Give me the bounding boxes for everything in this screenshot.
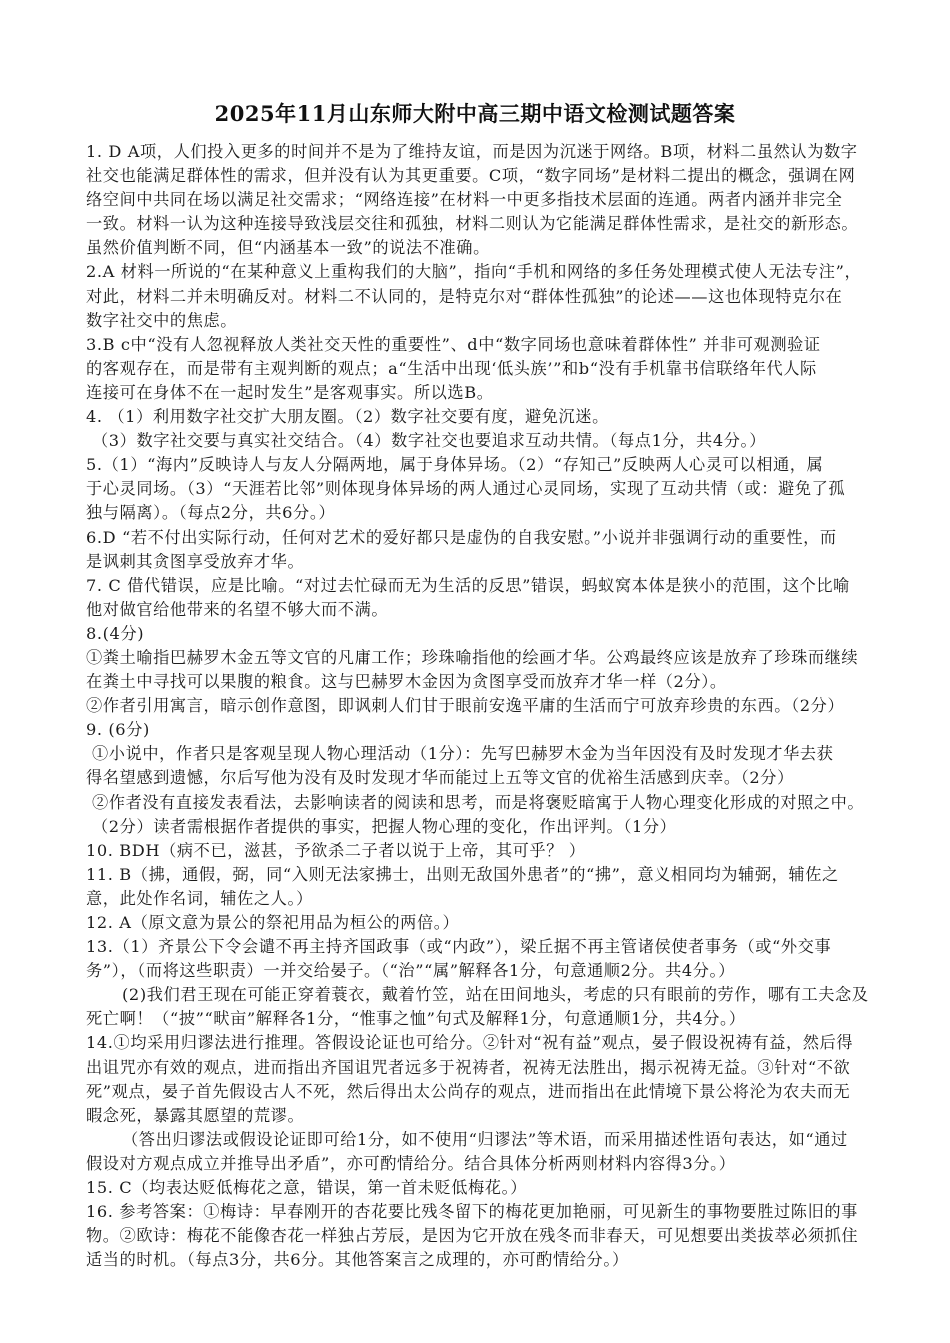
text-line: （3）数字社交要与真实社交结合。（4）数字社交也要追求互动共情。（每点1分，共4…: [86, 429, 876, 453]
text-line: 15. C（均表达贬低梅花之意，错误，第一首未贬低梅花。）: [86, 1176, 876, 1200]
text-line: 11. B（拂，通假，弼，同“入则无法家拂士，出则无敌国外患者”的“拂”，意义相…: [86, 863, 876, 887]
text-line: 暇念死，暴露其愿望的荒谬。: [86, 1104, 876, 1128]
text-line: 9. (6分): [86, 718, 876, 742]
text-line: ②作者引用寓言，暗示创作意图，即讽刺人们甘于眼前安逸平庸的生活而宁可放弃珍贵的东…: [86, 694, 876, 718]
text-line: 的客观存在，而是带有主观判断的观点；a“生活中出现‘低头族’”和b“没有手机靠书…: [86, 357, 876, 381]
text-line: 虽然价值判断不同，但“内涵基本一致”的说法不准确。: [86, 236, 876, 260]
text-line: 独与隔离）。（每点2分，共6分。）: [86, 501, 876, 525]
text-line: 得名望感到遗憾，尔后写他为没有及时发现才华而能过上五等文官的优裕生活感到庆幸。（…: [86, 766, 876, 790]
text-line: 4. （1）利用数字社交扩大朋友圈。（2）数字社交要有度，避免沉迷。: [86, 405, 876, 429]
text-line: 一致。材料一认为这种连接导致浅层交往和孤独，材料二则认为它能满足群体性需求，是社…: [86, 212, 876, 236]
text-line: 对此，材料二并未明确反对。材料二不认同的，是特克尔对“群体性孤独”的论述——这也…: [86, 285, 876, 309]
answer-body: 1. D A项，人们投入更多的时间并不是为了维持友谊，而是因为沉迷于网络。B项，…: [86, 140, 876, 1272]
text-line: 连接可在身体不在一起时发生”是客观事实。所以选B。: [86, 381, 876, 405]
text-line: 务”），（而将这些职责）一并交给晏子。（“治”“属”解释各1分，句意通顺2分。共…: [86, 959, 876, 983]
text-line: 物。②欧诗：梅花不能像杏花一样独占芳辰，是因为它开放在残冬而非春天，可见想要出类…: [86, 1224, 876, 1248]
text-line: 1. D A项，人们投入更多的时间并不是为了维持友谊，而是因为沉迷于网络。B项，…: [86, 140, 876, 164]
text-line: 适当的时机。（每点3分，共6分。其他答案言之成理的，亦可酌情给分。）: [86, 1248, 876, 1272]
text-line: (2)我们君王现在可能正穿着蓑衣，戴着竹笠，站在田间地头，考虑的只有眼前的劳作，…: [86, 983, 876, 1007]
text-line: 2.A 材料一所说的“在某种意义上重构我们的大脑”，指向“手机和网络的多任务处理…: [86, 260, 876, 284]
text-line: ①小说中，作者只是客观呈现人物心理活动（1分）：先写巴赫罗木金为当年因没有及时发…: [86, 742, 876, 766]
text-line: 数字社交中的焦虑。: [86, 309, 876, 333]
text-line: 13.（1）齐景公下令会谴不再主持齐国政事（或“内政”），梁丘据不再主管诸侯使者…: [86, 935, 876, 959]
text-line: 3.B c中“没有人忽视释放人类社交天性的重要性”、d中“数字同场也意味着群体性…: [86, 333, 876, 357]
text-line: 出诅咒亦有效的观点，进而指出齐国诅咒者远多于祝祷者，祝祷无法胜出，揭示祝祷无益。…: [86, 1056, 876, 1080]
text-line: 于心灵同场。（3）“天涯若比邻”则体现身体异场的两人通过心灵同场，实现了互动共情…: [86, 477, 876, 501]
text-line: （答出归谬法或假设论证即可给1分，如不使用“归谬法”等术语，而采用描述性语句表达…: [86, 1128, 876, 1152]
text-line: 16. 参考答案：①梅诗：早春刚开的杏花要比残冬留下的梅花更加艳丽，可见新生的事…: [86, 1200, 876, 1224]
document-page: 2025年11月山东师大附中高三期中语文检测试题答案 1. D A项，人们投入更…: [0, 0, 950, 1343]
text-line: 8.(4分): [86, 622, 876, 646]
text-line: 他对做官给他带来的名望不够大而不满。: [86, 598, 876, 622]
text-line: 7. C 借代错误，应是比喻。“对过去忙碌而无为生活的反思”错误，蚂蚁窝本体是狭…: [86, 574, 876, 598]
page-title: 2025年11月山东师大附中高三期中语文检测试题答案: [0, 98, 950, 128]
text-line: 14.①均采用归谬法进行推理。答假设论证也可给分。②针对“祝有益”观点，晏子假设…: [86, 1031, 876, 1055]
text-line: 死”观点，晏子首先假设古人不死，然后得出太公尚存的观点，进而指出在此情境下景公将…: [86, 1080, 876, 1104]
text-line: （2分）读者需根据作者提供的事实，把握人物心理的变化，作出评判。（1分）: [86, 815, 876, 839]
text-line: 社交也能满足群体性的需求，但并没有认为其更重要。C项，“数字同场”是材料二提出的…: [86, 164, 876, 188]
text-line: ①粪土喻指巴赫罗木金五等文官的凡庸工作；珍珠喻指他的绘画才华。公鸡最终应该是放弃…: [86, 646, 876, 670]
text-line: 5.（1）“海内”反映诗人与友人分隔两地，属于身体异场。（2）“存知己”反映两人…: [86, 453, 876, 477]
text-line: 假设对方观点成立并推导出矛盾”，亦可酌情给分。结合具体分析两则材料内容得3分。）: [86, 1152, 876, 1176]
text-line: 是讽刺其贪图享受放弃才华。: [86, 550, 876, 574]
text-line: 意，此处作名词，辅佐之人。）: [86, 887, 876, 911]
text-line: ②作者没有直接发表看法，去影响读者的阅读和思考，而是将褒贬暗寓于人物心理变化形成…: [86, 791, 876, 815]
text-line: 络空间中共同在场以满足社交需求；“网络连接”在材料一中更多指技术层面的连通。两者…: [86, 188, 876, 212]
text-line: 6.D “若不付出实际行动，任何对艺术的爱好都只是虚伪的自我安慰。”小说并非强调…: [86, 526, 876, 550]
text-line: 12. A（原文意为景公的祭祀用品为桓公的两倍。）: [86, 911, 876, 935]
text-line: 在粪土中寻找可以果腹的粮食。这与巴赫罗木金因为贪图享受而放弃才华一样（2分）。: [86, 670, 876, 694]
text-line: 10. BDH（病不已，滋甚，予欲杀二子者以说于上帝，其可乎？ ）: [86, 839, 876, 863]
text-line: 死亡啊！（“披”“畎亩”解释各1分，“惟事之恤”句式及解释1分，句意通顺1分，共…: [86, 1007, 876, 1031]
